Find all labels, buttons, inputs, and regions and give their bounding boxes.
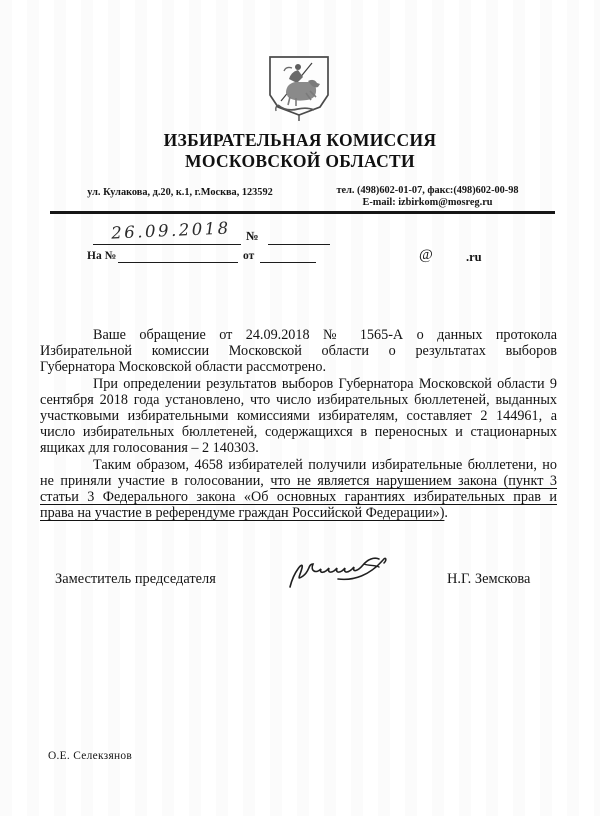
body-line: не приняли участие в голосовании, что не… (40, 473, 557, 489)
org-title-block: ИЗБИРАТЕЛЬНАЯ КОМИССИЯ МОСКОВСКОЙ ОБЛАСТ… (0, 130, 600, 172)
body-line: число избирательных бюллетеней, содержащ… (40, 424, 557, 440)
reply-from-label: от (243, 250, 254, 262)
body-line: Избирательной комиссии Московской област… (40, 343, 557, 359)
signature-icon (278, 549, 396, 597)
body-text: Ваше обращение от 24.09.2018 № 1565-А о … (40, 327, 557, 521)
body-line: Ваше обращение от 24.09.2018 № 1565-А о … (40, 327, 557, 343)
org-email: E-mail: izbirkom@mosreg.ru (320, 197, 535, 209)
at-symbol: @ (419, 247, 433, 264)
org-address: ул. Кулакова, д.20, к.1, г.Москва, 12359… (60, 187, 300, 198)
ru-suffix: .ru (466, 250, 482, 265)
body-line: статьи 3 Федерального закона «Об основны… (40, 489, 557, 505)
header-divider (50, 211, 555, 214)
org-name-line2: МОСКОВСКОЙ ОБЛАСТИ (0, 151, 600, 172)
document-page: ИЗБИРАТЕЛЬНАЯ КОМИССИЯ МОСКОВСКОЙ ОБЛАСТ… (0, 0, 600, 816)
org-name-line1: ИЗБИРАТЕЛЬНАЯ КОМИССИЯ (0, 130, 600, 151)
coat-of-arms-icon (268, 55, 330, 123)
outgoing-number-blank (268, 231, 330, 245)
executor-name: О.Е. Селекзянов (48, 750, 132, 762)
reply-number-blank (118, 249, 238, 263)
body-line: Таким образом, 4658 избирателей получили… (40, 457, 557, 473)
org-contacts: тел. (498)602-01-07, факс:(498)602-00-98… (320, 185, 535, 208)
body-line: При определении результатов выборов Губе… (40, 376, 557, 392)
reply-to-label: На № (87, 250, 116, 262)
body-line: сентября 2018 года установлено, что числ… (40, 392, 557, 408)
number-label: № (246, 229, 259, 244)
reply-date-blank (260, 249, 316, 263)
outgoing-date-line (93, 231, 241, 245)
signer-name: Н.Г. Земскова (447, 571, 530, 588)
body-line: участковыми избирательными комиссиями из… (40, 408, 557, 424)
body-line: Губернатора Московской области рассмотре… (40, 359, 557, 375)
body-line: ящиках для голосования – 2 140303. (40, 440, 557, 456)
body-line: права на участие в референдуме граждан Р… (40, 505, 557, 521)
signer-position: Заместитель председателя (55, 571, 216, 588)
org-phone-fax: тел. (498)602-01-07, факс:(498)602-00-98 (320, 185, 535, 197)
